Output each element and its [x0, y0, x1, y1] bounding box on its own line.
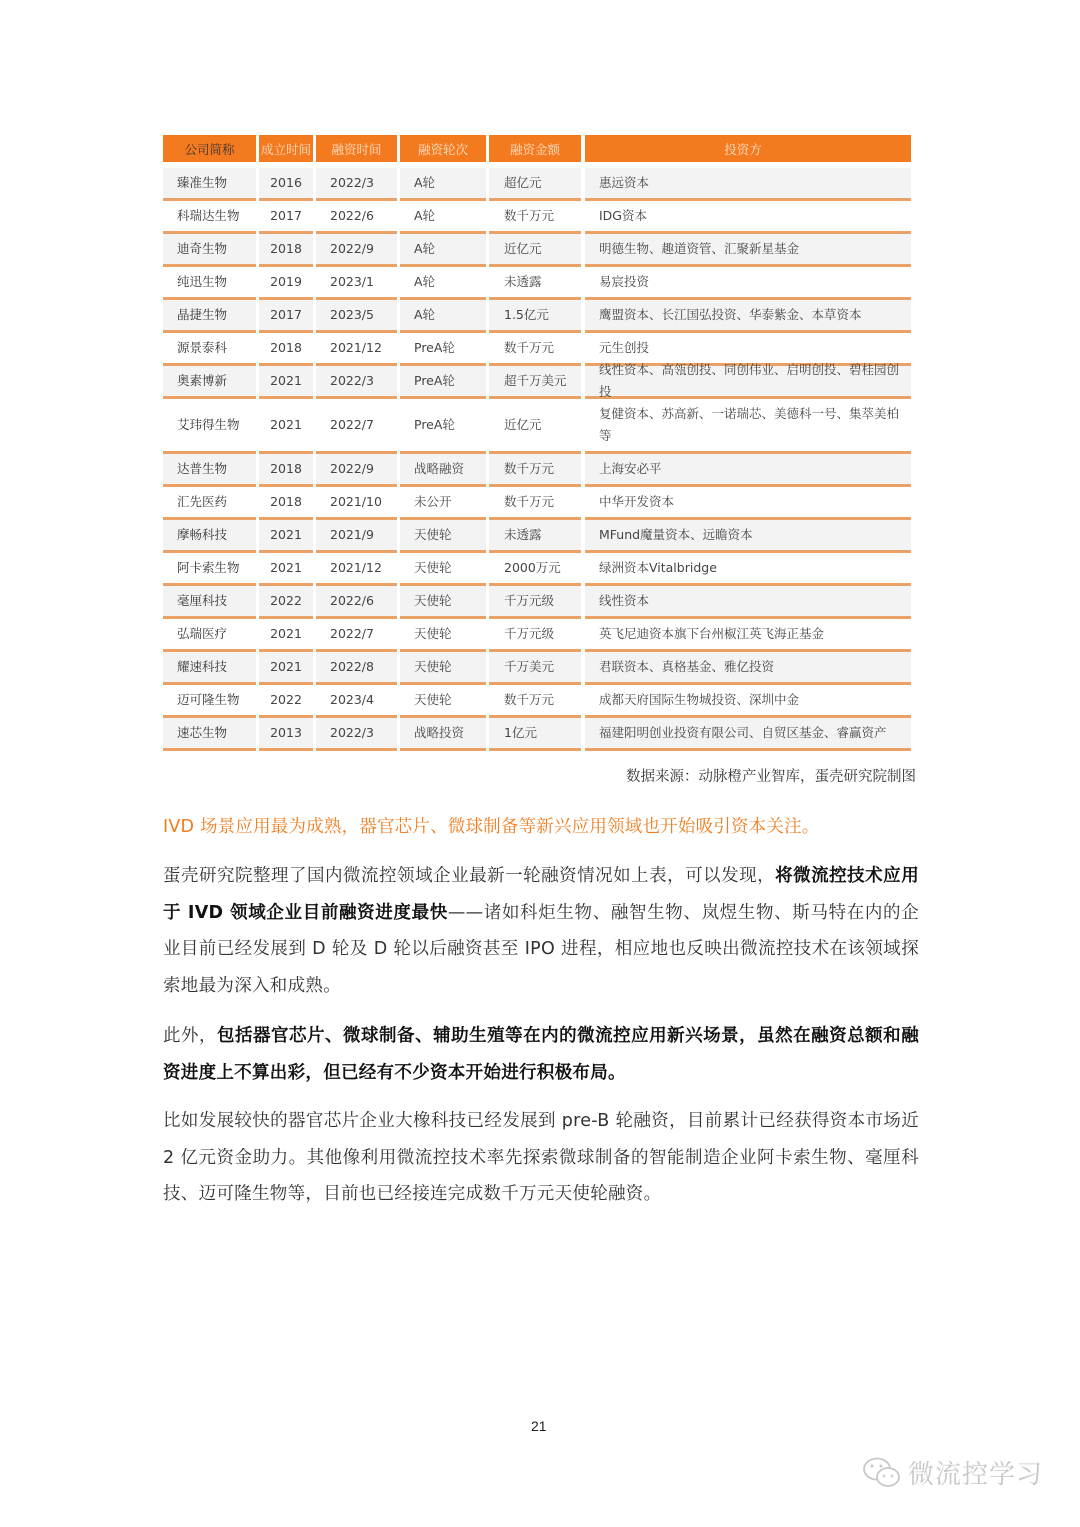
cell-amount: 1.5亿元 [489, 300, 581, 333]
cell-date: 2022/7 [316, 399, 397, 454]
cell-round: 未公开 [400, 487, 486, 520]
cell-date: 2022/3 [316, 168, 397, 201]
cell-investors: 线性资本、高瓴创投、同创伟业、启明创投、碧桂园创投 [585, 366, 911, 399]
cell-amount: 近亿元 [489, 399, 581, 454]
table-body: 臻准生物20162022/3A轮超亿元惠远资本科瑞达生物20172022/6A轮… [163, 168, 916, 751]
cell-company: 摩畅科技 [163, 520, 256, 553]
cell-founded: 2021 [259, 399, 313, 454]
data-source-note: 数据来源：动脉橙产业智库，蛋壳研究院制图 [626, 765, 916, 786]
cell-investors: 成都天府国际生物城投资、深圳中金 [585, 685, 911, 718]
cell-company: 阿卡索生物 [163, 553, 256, 586]
cell-amount: 1亿元 [489, 718, 581, 751]
table-row: 速芯生物20132022/3战略投资1亿元福建阳明创业投资有限公司、自贸区基金、… [163, 718, 916, 751]
cell-investors: MFund魔量资本、远瞻资本 [585, 520, 911, 553]
paragraph-1: 蛋壳研究院整理了国内微流控领域企业最新一轮融资情况如上表，可以发现，将微流控技术… [163, 858, 919, 1004]
cell-investors: IDG资本 [585, 201, 911, 234]
cell-founded: 2021 [259, 619, 313, 652]
p2-emphasis: 包括器官芯片、微球制备、辅助生殖等在内的微流控应用新兴场景，虽然在融资总额和融资… [163, 1026, 919, 1083]
cell-investors: 君联资本、真格基金、雅亿投资 [585, 652, 911, 685]
cell-date: 2022/6 [316, 201, 397, 234]
cell-founded: 2018 [259, 333, 313, 366]
cell-founded: 2022 [259, 586, 313, 619]
table-row: 摩畅科技20212021/9天使轮未透露MFund魔量资本、远瞻资本 [163, 520, 916, 553]
cell-round: A轮 [400, 267, 486, 300]
table-row: 汇先医药20182021/10未公开数千万元中华开发资本 [163, 487, 916, 520]
cell-round: 天使轮 [400, 652, 486, 685]
cell-amount: 千万元级 [489, 619, 581, 652]
watermark: 微流控学习 [862, 1454, 1043, 1491]
cell-founded: 2018 [259, 487, 313, 520]
cell-company: 奥素博新 [163, 366, 256, 399]
cell-investors: 易宸投资 [585, 267, 911, 300]
cell-date: 2023/1 [316, 267, 397, 300]
cell-amount: 未透露 [489, 520, 581, 553]
table-row: 阿卡索生物20212021/12天使轮2000万元绿洲资本Vitalbridge [163, 553, 916, 586]
cell-company: 迪奇生物 [163, 234, 256, 267]
wechat-icon [862, 1456, 902, 1490]
cell-amount: 数千万元 [489, 333, 581, 366]
cell-date: 2022/3 [316, 366, 397, 399]
cell-founded: 2017 [259, 300, 313, 333]
document-page: 公司简称 成立时间 融资时间 融资轮次 融资金额 投资方 臻准生物2016202… [0, 0, 1080, 1527]
cell-date: 2023/5 [316, 300, 397, 333]
table-row: 耀速科技20212022/8天使轮千万美元君联资本、真格基金、雅亿投资 [163, 652, 916, 685]
cell-round: PreA轮 [400, 366, 486, 399]
cell-round: A轮 [400, 300, 486, 333]
cell-round: PreA轮 [400, 399, 486, 454]
header-round: 融资轮次 [400, 135, 486, 162]
cell-investors: 绿洲资本Vitalbridge [585, 553, 911, 586]
table-row: 迈可隆生物20222023/4天使轮数千万元成都天府国际生物城投资、深圳中金 [163, 685, 916, 718]
cell-investors: 复健资本、苏高新、一诺瑞芯、美德科一号、集萃美柏等 [585, 399, 911, 454]
table-row: 艾玮得生物20212022/7PreA轮近亿元复健资本、苏高新、一诺瑞芯、美德科… [163, 399, 916, 454]
table-row: 纯迅生物20192023/1A轮未透露易宸投资 [163, 267, 916, 300]
cell-investors: 英飞尼迪资本旗下台州椒江英飞海正基金 [585, 619, 911, 652]
cell-founded: 2021 [259, 366, 313, 399]
cell-founded: 2016 [259, 168, 313, 201]
cell-founded: 2018 [259, 234, 313, 267]
cell-amount: 超千万美元 [489, 366, 581, 399]
header-investors: 投资方 [585, 135, 911, 162]
cell-founded: 2018 [259, 454, 313, 487]
cell-founded: 2022 [259, 685, 313, 718]
cell-founded: 2021 [259, 520, 313, 553]
cell-round: 天使轮 [400, 553, 486, 586]
table-row: 弘瑞医疗20212022/7天使轮千万元级英飞尼迪资本旗下台州椒江英飞海正基金 [163, 619, 916, 652]
header-company: 公司简称 [163, 135, 256, 162]
cell-amount: 近亿元 [489, 234, 581, 267]
cell-founded: 2019 [259, 267, 313, 300]
cell-investors: 明德生物、趣道资管、汇聚新星基金 [585, 234, 911, 267]
paragraph-3: 比如发展较快的器官芯片企业大橡科技已经发展到 pre-B 轮融资，目前累计已经获… [163, 1103, 919, 1213]
paragraph-2: 此外，包括器官芯片、微球制备、辅助生殖等在内的微流控应用新兴场景，虽然在融资总额… [163, 1018, 919, 1091]
cell-date: 2022/6 [316, 586, 397, 619]
table-header: 公司简称 成立时间 融资时间 融资轮次 融资金额 投资方 [163, 135, 916, 162]
cell-round: A轮 [400, 234, 486, 267]
table-row: 晶捷生物20172023/5A轮1.5亿元鹰盟资本、长江国弘投资、华泰紫金、本草… [163, 300, 916, 333]
cell-date: 2021/12 [316, 333, 397, 366]
cell-amount: 数千万元 [489, 685, 581, 718]
cell-founded: 2021 [259, 553, 313, 586]
cell-date: 2021/12 [316, 553, 397, 586]
cell-amount: 千万元级 [489, 586, 581, 619]
cell-amount: 2000万元 [489, 553, 581, 586]
cell-founded: 2017 [259, 201, 313, 234]
cell-round: 战略投资 [400, 718, 486, 751]
cell-company: 科瑞达生物 [163, 201, 256, 234]
cell-amount: 数千万元 [489, 201, 581, 234]
cell-investors: 上海安必平 [585, 454, 911, 487]
cell-date: 2021/10 [316, 487, 397, 520]
page-number: 21 [531, 1418, 547, 1434]
p2-text-a: 此外， [163, 1026, 217, 1046]
cell-company: 速芯生物 [163, 718, 256, 751]
cell-date: 2022/8 [316, 652, 397, 685]
table-row: 奥素博新20212022/3PreA轮超千万美元线性资本、高瓴创投、同创伟业、启… [163, 366, 916, 399]
cell-investors: 福建阳明创业投资有限公司、自贸区基金、睿赢资产 [585, 718, 911, 751]
header-date: 融资时间 [316, 135, 397, 162]
table-row: 科瑞达生物20172022/6A轮数千万元IDG资本 [163, 201, 916, 234]
cell-company: 毫厘科技 [163, 586, 256, 619]
financing-table: 公司简称 成立时间 融资时间 融资轮次 融资金额 投资方 臻准生物2016202… [163, 135, 916, 751]
watermark-text: 微流控学习 [908, 1454, 1043, 1491]
section-headline: IVD 场景应用最为成熟，器官芯片、微球制备等新兴应用领域也开始吸引资本关注。 [163, 813, 819, 838]
cell-amount: 超亿元 [489, 168, 581, 201]
cell-round: 天使轮 [400, 586, 486, 619]
table-row: 迪奇生物20182022/9A轮近亿元明德生物、趣道资管、汇聚新星基金 [163, 234, 916, 267]
cell-investors: 鹰盟资本、长江国弘投资、华泰紫金、本草资本 [585, 300, 911, 333]
cell-round: 战略融资 [400, 454, 486, 487]
header-founded: 成立时间 [259, 135, 313, 162]
cell-round: 天使轮 [400, 685, 486, 718]
table-row: 达普生物20182022/9战略融资数千万元上海安必平 [163, 454, 916, 487]
cell-company: 汇先医药 [163, 487, 256, 520]
cell-investors: 惠远资本 [585, 168, 911, 201]
cell-date: 2021/9 [316, 520, 397, 553]
cell-company: 迈可隆生物 [163, 685, 256, 718]
cell-round: 天使轮 [400, 520, 486, 553]
cell-investors: 中华开发资本 [585, 487, 911, 520]
cell-amount: 千万美元 [489, 652, 581, 685]
cell-date: 2022/9 [316, 234, 397, 267]
cell-company: 艾玮得生物 [163, 399, 256, 454]
cell-amount: 数千万元 [489, 454, 581, 487]
cell-company: 晶捷生物 [163, 300, 256, 333]
cell-company: 弘瑞医疗 [163, 619, 256, 652]
cell-amount: 数千万元 [489, 487, 581, 520]
cell-round: PreA轮 [400, 333, 486, 366]
cell-founded: 2013 [259, 718, 313, 751]
p1-text-a: 蛋壳研究院整理了国内微流控领域企业最新一轮融资情况如上表，可以发现， [163, 866, 775, 886]
cell-date: 2023/4 [316, 685, 397, 718]
table-row: 臻准生物20162022/3A轮超亿元惠远资本 [163, 168, 916, 201]
cell-round: A轮 [400, 201, 486, 234]
cell-date: 2022/3 [316, 718, 397, 751]
cell-round: 天使轮 [400, 619, 486, 652]
cell-investors: 线性资本 [585, 586, 911, 619]
cell-company: 达普生物 [163, 454, 256, 487]
cell-company: 耀速科技 [163, 652, 256, 685]
cell-founded: 2021 [259, 652, 313, 685]
cell-date: 2022/7 [316, 619, 397, 652]
cell-round: A轮 [400, 168, 486, 201]
cell-company: 臻准生物 [163, 168, 256, 201]
table-row: 毫厘科技20222022/6天使轮千万元级线性资本 [163, 586, 916, 619]
cell-company: 源景泰科 [163, 333, 256, 366]
cell-amount: 未透露 [489, 267, 581, 300]
cell-company: 纯迅生物 [163, 267, 256, 300]
cell-date: 2022/9 [316, 454, 397, 487]
header-amount: 融资金额 [489, 135, 581, 162]
